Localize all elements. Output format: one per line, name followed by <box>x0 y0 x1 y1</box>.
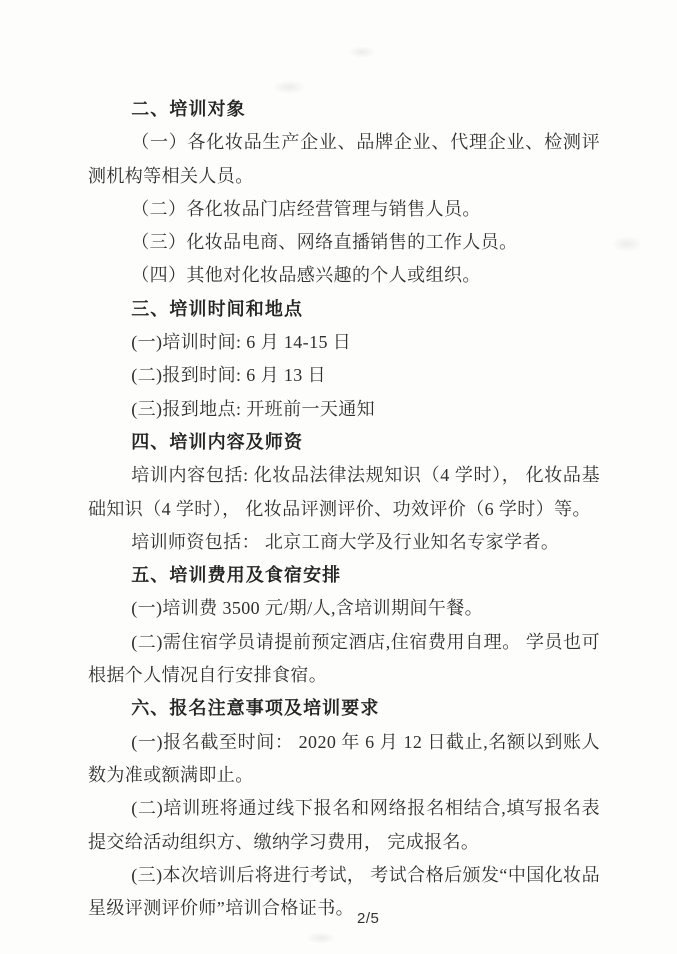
paragraph-fee-item-2: (二)需住宿学员请提前预定酒店,住宿费用自理。 学员也可根据个人情况自行安排食宿… <box>88 626 600 693</box>
paragraph-checkin-location: (三)报到地点: 开班前一天通知 <box>88 393 600 426</box>
paragraph-training-faculty: 培训师资包括： 北京工商大学及行业知名专家学者。 <box>88 526 600 559</box>
paragraph-training-content: 培训内容包括: 化妆品法律法规知识（4 学时）， 化妆品基础知识（4 学时）， … <box>88 459 600 526</box>
scanned-document-page: 二、培训对象 （一）各化妆品生产企业、品牌企业、代理企业、检测评测机构等相关人员… <box>0 0 677 954</box>
paragraph-registration-deadline: (一)报名截至时间： 2020 年 6 月 12 日截止,名额以到账人数为准或额… <box>88 726 600 793</box>
scan-smudge <box>612 236 642 252</box>
paragraph-fee-item-1: (一)培训费 3500 元/期/人,含培训期间午餐。 <box>88 592 600 625</box>
paragraph-registration-method: (二)培训班将通过线下报名和网络报名相结合,填写报名表提交给活动组织方、缴纳学习… <box>88 792 600 859</box>
page-number: 2/5 <box>357 910 379 927</box>
paragraph-exam-certificate: (三)本次培训后将进行考试， 考试合格后颁发“中国化妆品星级评测评价师”培训合格… <box>88 859 600 926</box>
document-body: 二、培训对象 （一）各化妆品生产企业、品牌企业、代理企业、检测评测机构等相关人员… <box>88 93 600 925</box>
section-heading-training-targets: 二、培训对象 <box>88 93 600 126</box>
paragraph-target-item-3: （三）化妆品电商、网络直播销售的工作人员。 <box>88 226 600 259</box>
paragraph-training-time: (一)培训时间: 6 月 14-15 日 <box>88 326 600 359</box>
section-heading-registration-notes: 六、报名注意事项及培训要求 <box>88 692 600 725</box>
scan-smudge <box>272 80 306 94</box>
paragraph-target-item-2: （二）各化妆品门店经营管理与销售人员。 <box>88 193 600 226</box>
section-heading-fees-lodging: 五、培训费用及食宿安排 <box>88 559 600 592</box>
section-heading-time-location: 三、培训时间和地点 <box>88 293 600 326</box>
scan-smudge <box>306 932 336 944</box>
section-heading-content-faculty: 四、培训内容及师资 <box>88 426 600 459</box>
paragraph-checkin-time: (二)报到时间: 6 月 13 日 <box>88 359 600 392</box>
paragraph-target-item-4: （四）其他对化妆品感兴趣的个人或组织。 <box>88 259 600 292</box>
scan-smudge <box>348 46 376 58</box>
paragraph-target-item-1: （一）各化妆品生产企业、品牌企业、代理企业、检测评测机构等相关人员。 <box>88 126 600 193</box>
